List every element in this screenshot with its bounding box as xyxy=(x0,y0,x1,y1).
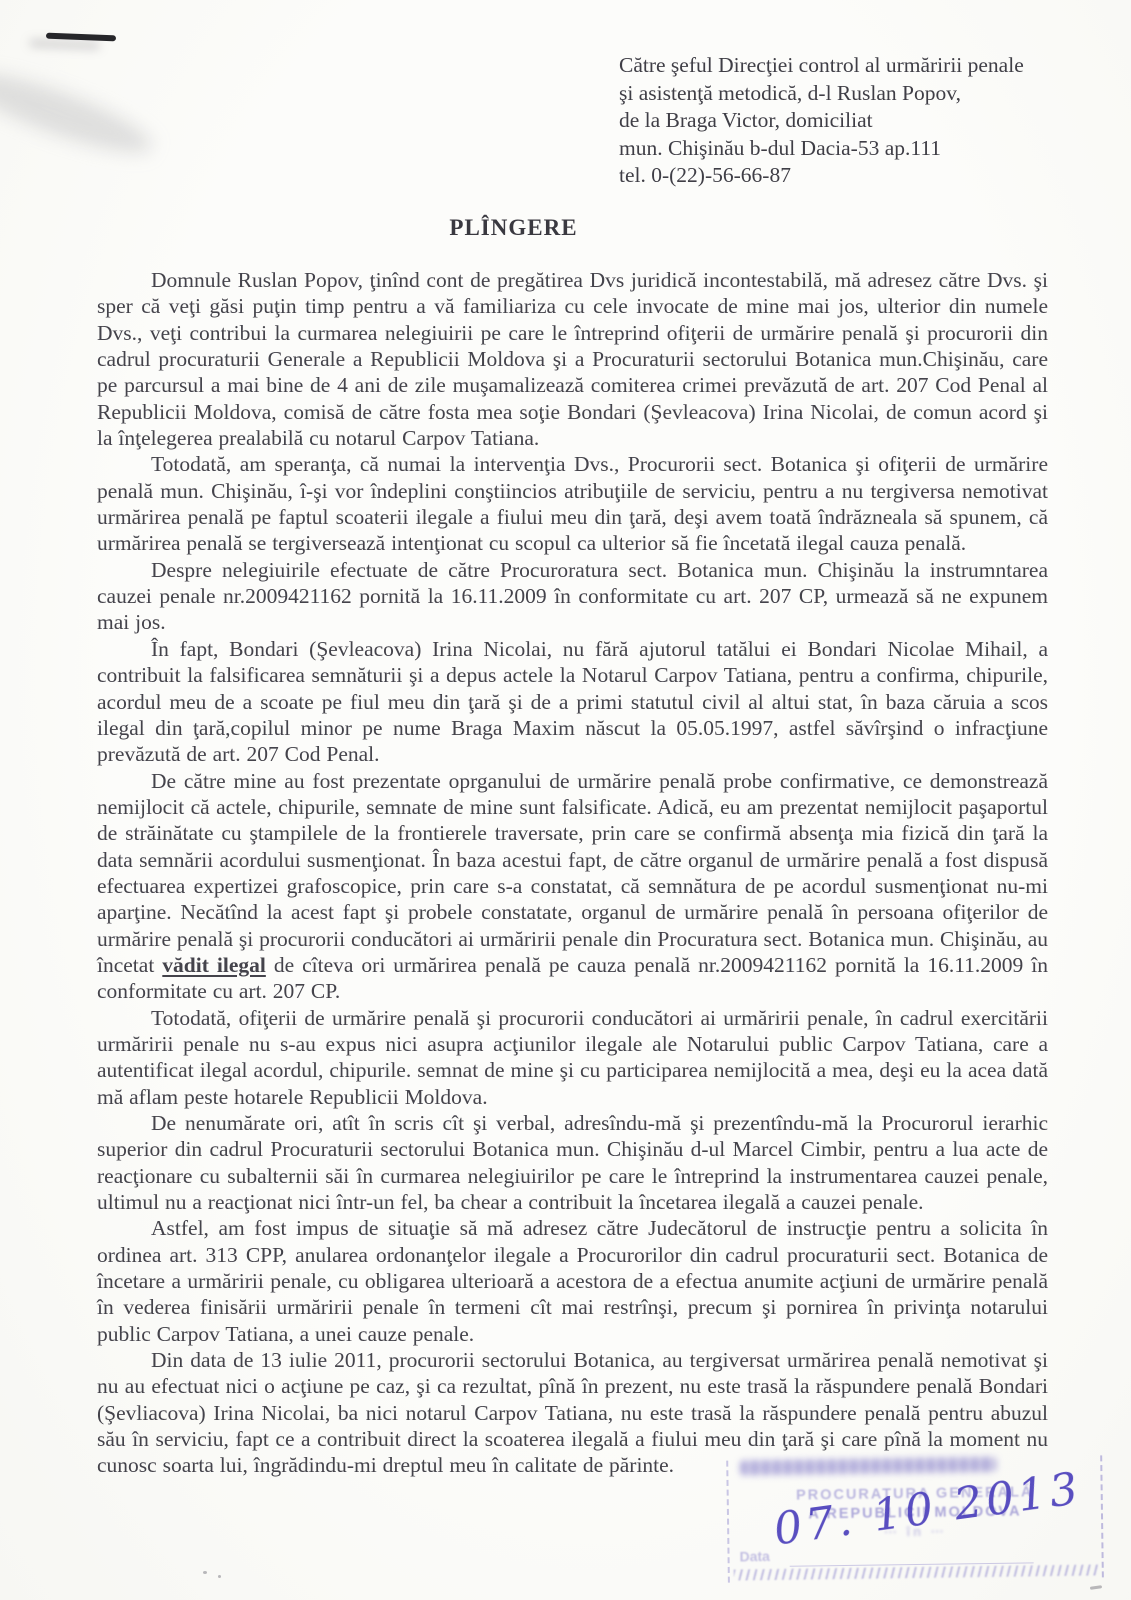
stamp-line-3: ⋯ în ⋯ xyxy=(727,1521,1103,1542)
recipient-address-block: Către şeful Direcţiei control al urmărir… xyxy=(619,52,1099,190)
stamp-line-2: A REPUBLICII MOLDOVA xyxy=(727,1502,1103,1523)
stamp-hatch-bottom xyxy=(734,1564,1098,1580)
paragraph-text: Domnule Ruslan Popov, ţinînd cont de pre… xyxy=(97,268,1048,450)
recipient-line-3: de la Braga Victor, domiciliat xyxy=(619,107,1099,135)
recipient-line-4: mun. Chişinău b-dul Dacia-53 ap.111 xyxy=(619,135,1099,163)
paragraph-3: Despre nelegiuirile efectuate de către P… xyxy=(97,557,1048,636)
paragraph-text: De nenumărate ori, atît în scris cît şi … xyxy=(97,1111,1048,1214)
stamp-line-1: PROCURATURA GENERALĂ xyxy=(727,1483,1103,1504)
paragraph-1: Domnule Ruslan Popov, ţinînd cont de pre… xyxy=(97,267,1048,451)
paragraph-text: Totodată, am speranţa, că numai la inter… xyxy=(97,452,1048,555)
stamp-data-label: Data xyxy=(739,1548,770,1564)
emphasized-text: vădit ilegal xyxy=(162,953,266,977)
document-title: PLÎNGERE xyxy=(97,215,930,241)
paragraph-6: Totodată, ofiţerii de urmărire penală şi… xyxy=(97,1005,1048,1110)
pen-mark xyxy=(46,33,116,42)
stamp-date-line xyxy=(790,1562,1034,1566)
paragraph-text: Astfel, am fost impus de situaţie să mă … xyxy=(97,1216,1048,1345)
paragraph-text: Din data de 13 iulie 2011, procurorii se… xyxy=(97,1348,1048,1477)
scan-smudge xyxy=(0,59,159,167)
paragraph-2: Totodată, am speranţa, că numai la inter… xyxy=(97,451,1048,556)
scanned-document-page: Către şeful Direcţiei control al urmărir… xyxy=(0,0,1131,1600)
document-body: Domnule Ruslan Popov, ţinînd cont de pre… xyxy=(97,267,1048,1479)
paragraph-text: Despre nelegiuirile efectuate de către P… xyxy=(97,558,1048,635)
paragraph-5: De către mine au fost prezentate oprganu… xyxy=(97,768,1048,1005)
scan-speck xyxy=(218,1575,221,1578)
scan-speck xyxy=(203,1571,207,1574)
paragraph-text: De către mine au fost prezentate oprganu… xyxy=(97,769,1048,977)
paragraph-text: În fapt, Bondari (Şevleacova) Irina Nico… xyxy=(97,637,1048,766)
recipient-line-2: şi asistenţă metodică, d-l Ruslan Popov, xyxy=(619,80,1099,108)
recipient-line-1: Către şeful Direcţiei control al urmărir… xyxy=(619,52,1099,80)
paragraph-text: Totodată, ofiţerii de urmărire penală şi… xyxy=(97,1006,1048,1109)
paragraph-7: De nenumărate ori, atît în scris cît şi … xyxy=(97,1110,1048,1215)
paragraph-8: Astfel, am fost impus de situaţie să mă … xyxy=(97,1215,1048,1347)
scan-speck xyxy=(1090,1585,1102,1590)
recipient-line-5: tel. 0-(22)-56-66-87 xyxy=(619,162,1099,190)
paragraph-9: Din data de 13 iulie 2011, procurorii se… xyxy=(97,1347,1048,1479)
paragraph-4: În fapt, Bondari (Şevleacova) Irina Nico… xyxy=(97,636,1048,768)
